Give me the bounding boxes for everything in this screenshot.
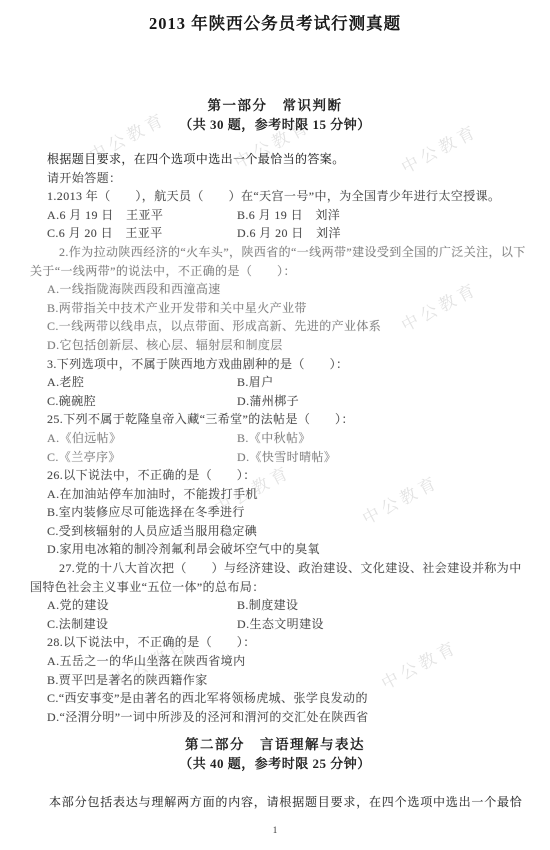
section1-header: 第一部分 常识判断 （共 30 题，参考时限 15 分钟） bbox=[0, 96, 550, 134]
question-list: 根据题目要求，在四个选项中选出一个最恰当的答案。请开始答题：1.2013 年（ … bbox=[0, 150, 550, 726]
section2-heading: 第二部分 言语理解与表达 bbox=[0, 735, 550, 754]
option-right: D.生态文明建设 bbox=[237, 617, 324, 631]
section2-time-limit: （共 40 题，参考时限 25 分钟） bbox=[0, 754, 550, 773]
text-line: D.“泾渭分明”一词中所涉及的泾河和渭河的交汇处在陕西省 bbox=[30, 708, 536, 727]
option-right: B.《中秋帖》 bbox=[237, 431, 311, 445]
section1-time-limit: （共 30 题，参考时限 15 分钟） bbox=[0, 115, 550, 134]
option-row: A.《伯远帖》B.《中秋帖》 bbox=[30, 429, 536, 448]
text-line: 25.下列不属于乾隆皇帝入藏“三希堂”的法帖是（ ）： bbox=[30, 410, 536, 429]
text-line: 26.以下说法中，不正确的是（ ）： bbox=[30, 466, 536, 485]
text-line: C.“西安事变”是由著名的西北军将领杨虎城、张学良发动的 bbox=[30, 689, 536, 708]
option-left: C.碗碗腔 bbox=[47, 392, 237, 411]
option-left: A.老腔 bbox=[47, 373, 237, 392]
text-line: 2.作为拉动陕西经济的“火车头”，陕西省的“一线两带”建设受到全国的广泛关注，以… bbox=[30, 243, 536, 262]
text-line: 27.党的十八大首次把（ ）与经济建设、政治建设、文化建设、社会建设并称为中 bbox=[30, 559, 536, 578]
text-line: A.一线指陇海陕西段和西潼高速 bbox=[30, 280, 536, 299]
document-page: 中公教育中公教育中公教育中公教育中公教育中公教育中公教育中公教育 2013 年陕… bbox=[0, 0, 550, 850]
page-number: 1 bbox=[0, 825, 550, 835]
text-line: D.家用电冰箱的制冷剂氟利昂会破坏空气中的臭氧 bbox=[30, 540, 536, 559]
option-row: A.6 月 19 日 王亚平B.6 月 19 日 刘洋 bbox=[30, 206, 536, 225]
text-line: 1.2013 年（ ），航天员（ ）在“天宫一号”中，为全国青少年进行太空授课。 bbox=[30, 187, 536, 206]
option-left: A.《伯远帖》 bbox=[47, 429, 237, 448]
option-right: B.眉户 bbox=[237, 375, 274, 389]
text-line: 28.以下说法中，不正确的是（ ）： bbox=[30, 633, 536, 652]
text-line: B.室内装修应尽可能选择在冬季进行 bbox=[30, 503, 536, 522]
text-line: 3.下列选项中，不属于陕西地方戏曲剧种的是（ ）： bbox=[30, 355, 536, 374]
text-line: 根据题目要求，在四个选项中选出一个最恰当的答案。 bbox=[30, 150, 536, 169]
section2-intro: 本部分包括表达与理解两方面的内容，请根据题目要求，在四个选项中选出一个最恰 bbox=[30, 793, 536, 812]
option-right: B.6 月 19 日 刘洋 bbox=[237, 208, 340, 222]
option-left: A.6 月 19 日 王亚平 bbox=[47, 206, 237, 225]
text-line: A.在加油站停车加油时，不能拨打手机 bbox=[30, 485, 536, 504]
doc-title: 2013 年陕西公务员考试行测真题 bbox=[0, 14, 550, 34]
text-line: B.两带指关中技术产业开发带和关中星火产业带 bbox=[30, 299, 536, 318]
option-row: C.《兰亭序》D.《快雪时晴帖》 bbox=[30, 448, 536, 467]
section1-heading: 第一部分 常识判断 bbox=[0, 96, 550, 115]
option-row: C.法制建设D.生态文明建设 bbox=[30, 615, 536, 634]
option-left: C.法制建设 bbox=[47, 615, 237, 634]
text-line: 国特色社会主义事业“五位一体”的总布局： bbox=[30, 578, 536, 597]
option-right: B.制度建设 bbox=[237, 598, 298, 612]
option-row: A.老腔B.眉户 bbox=[30, 373, 536, 392]
option-right: D.《快雪时晴帖》 bbox=[237, 450, 336, 464]
text-line: A.五岳之一的华山坐落在陕西省境内 bbox=[30, 652, 536, 671]
text-line: 请开始答题： bbox=[30, 169, 536, 188]
option-left: C.《兰亭序》 bbox=[47, 448, 237, 467]
option-right: D.蒲州梆子 bbox=[237, 394, 299, 408]
text-line: C.受到核辐射的人员应适当服用稳定碘 bbox=[30, 522, 536, 541]
option-left: A.党的建设 bbox=[47, 596, 237, 615]
content-layer: 2013 年陕西公务员考试行测真题 第一部分 常识判断 （共 30 题，参考时限… bbox=[0, 14, 550, 835]
option-right: D.6 月 20 日 刘洋 bbox=[237, 226, 341, 240]
section2-header: 第二部分 言语理解与表达 （共 40 题，参考时限 25 分钟） bbox=[0, 735, 550, 773]
option-row: C.碗碗腔D.蒲州梆子 bbox=[30, 392, 536, 411]
option-left: C.6 月 20 日 王亚平 bbox=[47, 224, 237, 243]
text-line: 关于“一线两带”的说法中，不正确的是（ ）： bbox=[30, 262, 536, 281]
option-row: C.6 月 20 日 王亚平D.6 月 20 日 刘洋 bbox=[30, 224, 536, 243]
text-line: C.一线两带以线串点，以点带面、形成高新、先进的产业体系 bbox=[30, 317, 536, 336]
text-line: B.贾平凹是著名的陕西籍作家 bbox=[30, 671, 536, 690]
text-line: D.它包括创新层、核心层、辐射层和制度层 bbox=[30, 336, 536, 355]
option-row: A.党的建设B.制度建设 bbox=[30, 596, 536, 615]
